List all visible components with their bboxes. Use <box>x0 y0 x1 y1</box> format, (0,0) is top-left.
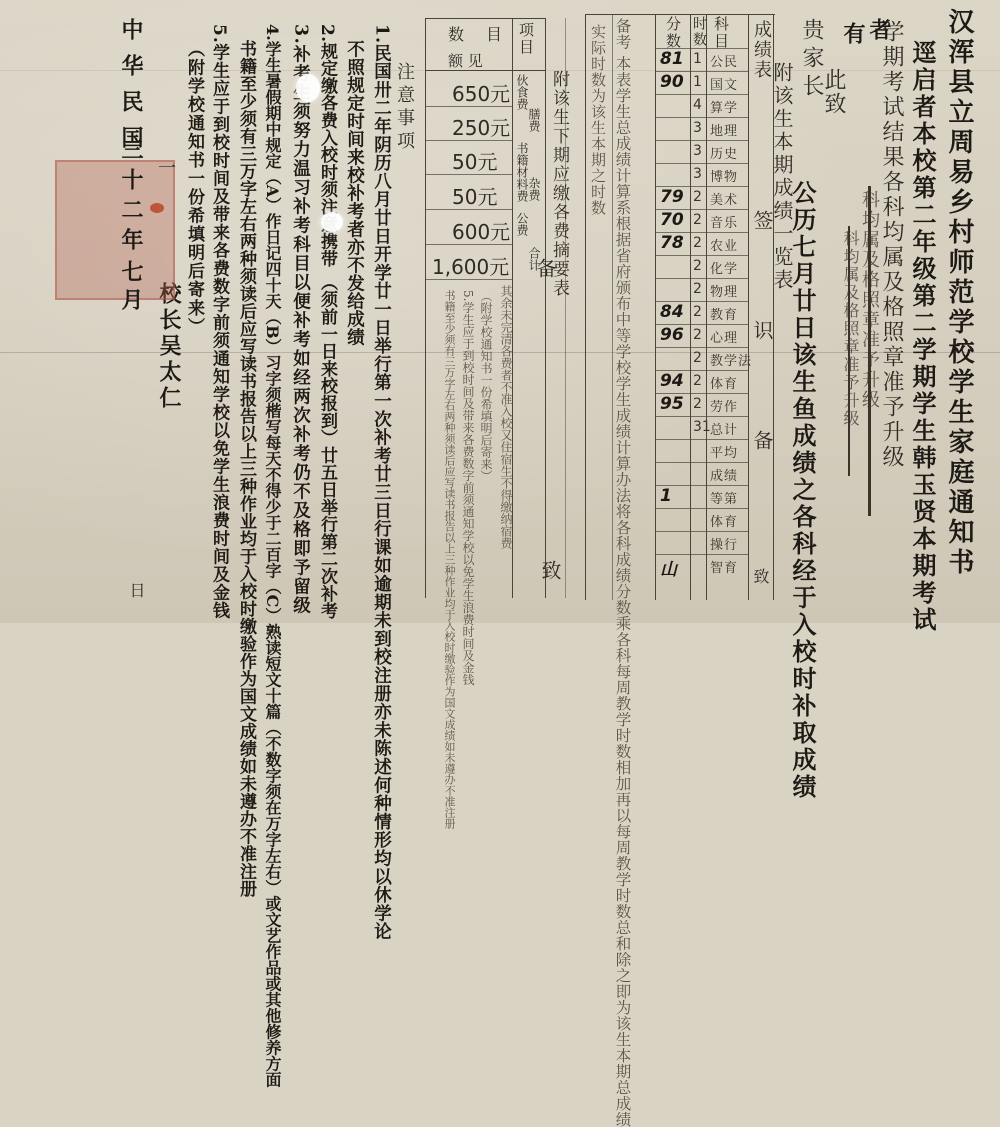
grade-header-score: 分数 <box>665 16 680 50</box>
table-row-divider <box>655 508 748 509</box>
header-line-3: 学期考试结果各科均属及格照章准予升级 <box>880 20 902 470</box>
table-border <box>585 14 775 15</box>
grade-score: 山 <box>660 555 677 580</box>
note-item: 不照规定时间来校补考者亦不发给成绩 <box>345 40 363 346</box>
grade-subject: 国文 <box>710 74 738 93</box>
grade-subject: 等第 <box>710 488 738 507</box>
grade-subject: 教学法 <box>710 350 752 369</box>
addressee: 贵家长 <box>800 18 822 102</box>
grade-header-subject: 科目 <box>713 16 728 50</box>
table-border <box>655 14 656 600</box>
note-item: 3.补考生须努力温习补考科目以便补考如经两次补考仍不及格即予留级 <box>291 24 309 615</box>
approval-line: 公历七月廿日该生鱼成绩之各科经于入校时补取成绩 <box>790 180 814 623</box>
date-year: 三十二年 <box>120 138 142 258</box>
header-line-2: 逕启者本校第二年级第二学期学生韩玉贤本期考试 <box>910 40 934 623</box>
greeting: 此致 <box>822 68 844 116</box>
grade-subject: 体育 <box>710 373 738 392</box>
grade-hours: 2 <box>693 396 702 412</box>
grade-hours: 31 <box>693 419 711 435</box>
grade-hours: 1 <box>693 74 702 90</box>
strike-line <box>848 226 850 476</box>
grade-score: 94 <box>660 371 684 391</box>
struck-text-2: 科均属及格照章准予升级 <box>842 230 858 428</box>
note-item: 2.规定缴各费入校时须注意携带 （须前一日来校报到）廿五日举行第二次补考 <box>318 24 335 619</box>
grade-hours: 2 <box>693 281 702 297</box>
fee-remarks-4: 书籍至少须有三万字左右两种须读后应写读书报告以上三种作业均于入校时缴验作为国文成… <box>444 290 455 623</box>
notes-title: 注意事项 <box>395 62 413 154</box>
grade-subject: 美术 <box>710 189 738 208</box>
table-border <box>612 14 613 600</box>
table-row-divider <box>655 347 748 348</box>
table-row-divider <box>655 94 748 95</box>
grade-subject: 劳作 <box>710 396 738 415</box>
grade-score: 90 <box>660 72 684 92</box>
grade-score: 84 <box>660 302 684 322</box>
table-border <box>690 14 691 600</box>
table-border <box>706 14 707 600</box>
light-glare <box>321 212 343 232</box>
fee-header-amount-sub: 额 见 <box>448 50 483 71</box>
grade-hours: 4 <box>693 97 702 113</box>
grade-score: 70 <box>660 210 684 230</box>
grade-hours: 3 <box>693 120 702 136</box>
note-item: 4.学生暑假期中规定（A）作日记四十天（B）习字须楷写每天不得少于二百字（C）熟… <box>264 24 280 623</box>
grade-score: 95 <box>660 394 684 414</box>
fee-amount: 650元 <box>452 78 510 107</box>
grade-footer-mark: 签 <box>752 210 772 232</box>
fee-footer: 备 <box>535 258 555 280</box>
note-item: 5.学生应于到校时间及带来各费数字前须通知学校以免学生浪费时间及金钱 <box>210 24 227 620</box>
seal-mark <box>150 203 164 213</box>
table-row-divider <box>655 255 748 256</box>
grade-score: 1 <box>660 486 672 506</box>
grade-subject: 博物 <box>710 166 738 185</box>
grade-subject: 化学 <box>710 258 738 277</box>
fee-remarks-3: 5.学生应于到校时间及带来各费数字前须通知学校以免学生浪费时间及金钱 <box>462 290 474 623</box>
official-seal-stamp <box>55 160 175 300</box>
grade-hours: 2 <box>693 258 702 274</box>
grade-subject: 操行 <box>710 534 738 553</box>
grade-hours: 3 <box>693 143 702 159</box>
grade-subject: 成绩 <box>710 465 738 484</box>
grade-hours: 2 <box>693 189 702 205</box>
table-row-divider <box>655 140 748 141</box>
grade-subject: 教育 <box>710 304 738 323</box>
table-border <box>425 18 426 598</box>
table-border <box>748 14 749 600</box>
fee-remarks-2: （附学校通知书一份希填明后寄来） <box>480 290 492 482</box>
fee-item: 伙食费 <box>516 74 528 110</box>
grade-subject: 算学 <box>710 97 738 116</box>
document-paper: 汉浑县立周易乡村师范学校学生家庭通知书 逕启者本校第二年级第二学期学生韩玉贤本期… <box>0 0 1000 623</box>
table-row-divider <box>655 439 748 440</box>
grade-score: 96 <box>660 325 684 345</box>
grade-header-hours: 时数 <box>692 16 706 48</box>
grade-subject: 音乐 <box>710 212 738 231</box>
fee-amount: 1,600元 <box>432 251 509 280</box>
grade-hours: 1 <box>693 51 702 67</box>
fee-amount: 600元 <box>452 216 510 245</box>
table-row-divider <box>655 531 748 532</box>
table-border <box>585 14 586 600</box>
table-row-divider <box>655 462 748 463</box>
fee-item: 杂费 <box>528 177 540 201</box>
fee-amount: 50元 <box>452 181 497 210</box>
grade-side-note: 备考 本表学生总成绩计算系根据省府颁布中等学校学生成绩计算办法将各科成绩分数乘各… <box>614 18 630 623</box>
fee-amount: 250元 <box>452 112 510 141</box>
strike-line <box>868 186 871 516</box>
side-mark-1: 有 <box>842 22 864 46</box>
grade-footer-mark: 备 <box>752 430 772 452</box>
grade-score: 78 <box>660 233 684 253</box>
table-row-divider <box>655 416 748 417</box>
grade-hours: 2 <box>693 350 702 366</box>
fee-item: 公费 <box>516 212 528 236</box>
grade-footer-mark: 致 <box>752 568 768 586</box>
fee-remarks: 其余未完清各费者不准入校又住宿生不得缴纳宿费 <box>500 285 512 549</box>
grade-subject: 心理 <box>710 327 738 346</box>
grade-subject: 总计 <box>710 419 738 438</box>
note-item: 书籍至少须有三万字左右两种须读后应写读书报告以上三种作业均于入校时缴验作为国文成… <box>237 40 254 623</box>
grade-subject: 地理 <box>710 120 738 139</box>
grade-footer-mark: 识 <box>752 320 772 342</box>
grade-score: 81 <box>660 49 684 69</box>
table-row-divider <box>655 163 748 164</box>
grade-table-title: 成绩表 <box>752 20 770 80</box>
date-month: 七月 <box>120 260 142 316</box>
fee-bottom: 致 <box>540 560 560 582</box>
grade-subject: 公民 <box>710 51 738 70</box>
table-border <box>425 18 545 19</box>
table-border <box>545 18 546 598</box>
date-dash: 一 <box>156 158 174 178</box>
light-glare <box>296 74 320 102</box>
grade-score: 79 <box>660 187 684 207</box>
grade-subject: 体育 <box>710 511 738 530</box>
fee-header-item: 项目 <box>518 22 533 56</box>
fee-header-amount: 数目 <box>448 22 524 45</box>
grade-hours: 2 <box>693 235 702 251</box>
fee-amount: 50元 <box>452 146 497 175</box>
grade-hours: 2 <box>693 212 702 228</box>
grade-hours: 2 <box>693 304 702 320</box>
table-row-divider <box>655 278 748 279</box>
grade-subject: 物理 <box>710 281 738 300</box>
grade-hours: 2 <box>693 373 702 389</box>
table-row-divider <box>655 117 748 118</box>
grade-hours: 2 <box>693 327 702 343</box>
table-border <box>773 14 774 600</box>
grade-subject: 农业 <box>710 235 738 254</box>
grade-subject: 智育 <box>710 557 738 576</box>
table-border <box>425 70 545 71</box>
header-title: 汉浑县立周易乡村师范学校学生家庭通知书 <box>946 8 972 578</box>
fee-item: 膳费 <box>528 108 540 132</box>
grade-subject: 历史 <box>710 143 738 162</box>
side-mark-2: 者 <box>868 18 890 42</box>
grade-hours: 3 <box>693 166 702 182</box>
grade-remark: 实际时数为该生本期之时数 <box>590 24 605 216</box>
grade-subject: 平均 <box>710 442 738 461</box>
date-day: 日 <box>128 582 144 600</box>
note-item: 1.民国卅二年阴历八月廿日开学廿一日举行第一次补考廿三日行课如逾期未到校注册亦未… <box>372 24 390 623</box>
principal-signature: 校长吴太仁 <box>158 282 180 412</box>
note-item: （附学校通知书一份希填明后寄来） <box>185 40 202 336</box>
